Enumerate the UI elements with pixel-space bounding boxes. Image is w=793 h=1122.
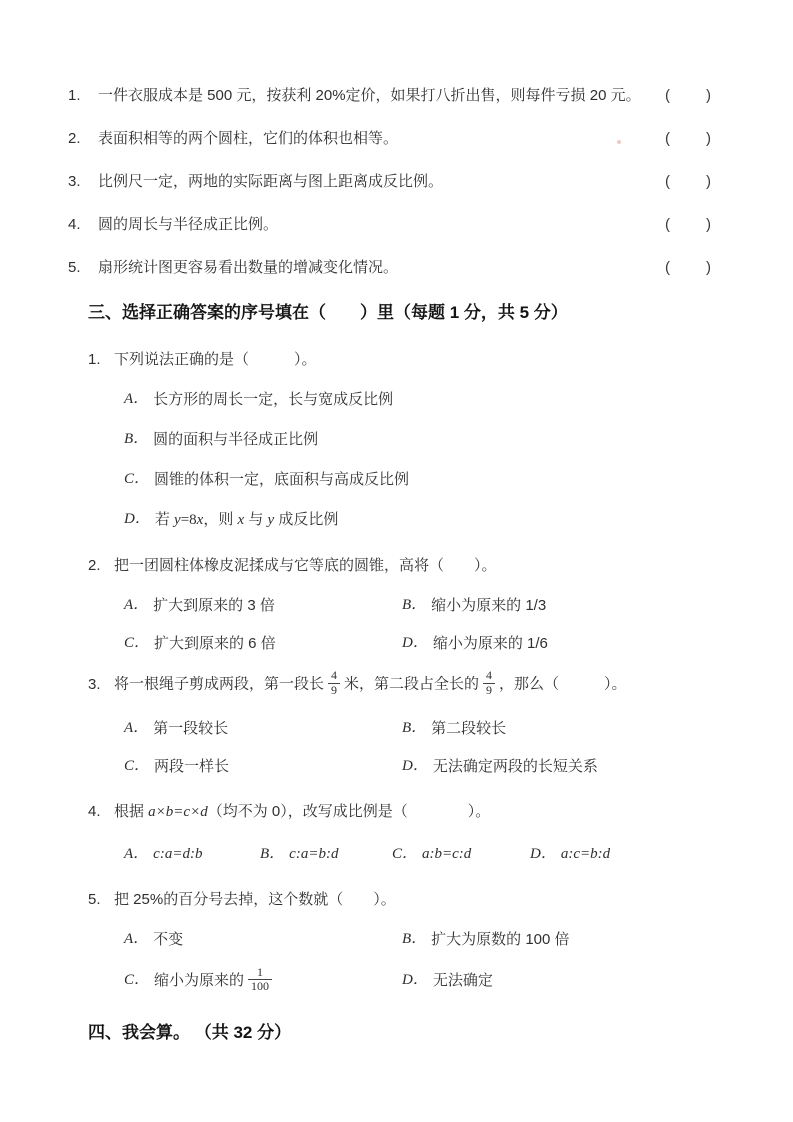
question-number: 1. (88, 349, 114, 370)
option-text: 扩大到原来的 3 倍 (153, 595, 275, 616)
item-number: 1. (68, 86, 98, 106)
option-text: 圆的面积与半径成正比例 (153, 429, 318, 450)
option-letter: B． (402, 929, 426, 950)
question-text: 把一团圆柱体橡皮泥揉成与它等底的圆锥，高将（ ）。 (114, 555, 711, 576)
option-text: 缩小为原来的 1/6 (433, 633, 548, 654)
option-text: a:c=b:d (561, 844, 610, 865)
option-text: 长方形的周长一定，长与宽成反比例 (153, 389, 393, 410)
question-text: 将一根绳子剪成两段，第一段长49米，第二段占全长的49，那么（ ）。 (114, 670, 711, 699)
question-text: 把 25%的百分号去掉，这个数就（ ）。 (114, 889, 711, 910)
item-text: 表面积相等的两个圆柱，它们的体积也相等。 (98, 129, 657, 149)
question-5-options: A． 不变 B． 扩大为原数的 100 倍 C． 缩小为原来的 1100 D． … (124, 929, 711, 996)
item-number: 4. (68, 215, 98, 235)
text-part: （均不为 0），改写成比例是（ ）。 (208, 803, 491, 820)
question-3-option-a: A． 第一段较长 (124, 718, 402, 739)
item-text: 比例尺一定，两地的实际距离与图上距离成反比例。 (98, 172, 657, 192)
math-expression: a×b=c×d (148, 804, 208, 820)
text-part: 将一根绳子剪成两段，第一段长 (114, 675, 324, 692)
item-number: 5. (68, 258, 98, 278)
question-1-option-b: B． 圆的面积与半径成正比例 (124, 429, 711, 450)
text-part: 米，第二段占全长的 (344, 675, 479, 692)
true-false-item-3: 3. 比例尺一定，两地的实际距离与图上距离成反比例。 () (68, 172, 711, 192)
paren-close: ) (706, 129, 711, 149)
option-text: 缩小为原来的 1/3 (431, 595, 546, 616)
option-letter: B． (402, 595, 426, 616)
question-1: 1. 下列说法正确的是（ ）。 (88, 349, 711, 370)
question-4-option-a: A． c:a=d:b (124, 844, 260, 865)
question-2-options: A． 扩大到原来的 3 倍 B． 缩小为原来的 1/3 C． 扩大到原来的 6 … (124, 595, 711, 654)
item-number: 2. (68, 129, 98, 149)
fraction-denominator: 100 (248, 979, 272, 994)
paren-open: ( (665, 86, 670, 106)
fraction-numerator: 4 (328, 669, 340, 683)
option-text: c:a=b:d (289, 844, 338, 865)
option-letter: A． (124, 844, 148, 865)
question-2-option-c: C． 扩大到原来的 6 倍 (124, 633, 402, 654)
question-5: 5. 把 25%的百分号去掉，这个数就（ ）。 (88, 889, 711, 910)
true-false-item-2: 2. 表面积相等的两个圆柱，它们的体积也相等。 () (68, 129, 711, 149)
option-letter: B． (402, 718, 426, 739)
question-3-options: A． 第一段较长 B． 第二段较长 C． 两段一样长 D． 无法确定两段的长短关… (124, 718, 711, 777)
item-text: 圆的周长与半径成正比例。 (98, 215, 657, 235)
answer-blank: () (665, 172, 711, 192)
option-text: 第一段较长 (153, 718, 228, 739)
text-part: ，那么（ ）。 (499, 675, 627, 692)
paren-close: ) (706, 215, 711, 235)
question-4: 4. 根据 a×b=c×d（均不为 0），改写成比例是（ ）。 (88, 801, 711, 823)
question-3-option-b: B． 第二段较长 (402, 718, 711, 739)
fraction-one-hundredth: 1100 (248, 966, 272, 995)
question-4-option-c: C． a:b=c:d (392, 844, 530, 865)
exam-content: 1. 一件衣服成本是 500 元，按获利 20%定价，如果打八折出售，则每件亏损… (68, 86, 711, 1045)
question-2-option-b: B． 缩小为原来的 1/3 (402, 595, 711, 616)
math-equals-8: =8 (181, 512, 197, 528)
option-text: c:a=d:b (153, 844, 202, 865)
paren-close: ) (706, 258, 711, 278)
fraction-numerator: 1 (254, 966, 266, 980)
option-letter: D． (402, 633, 428, 654)
question-3-option-d: D． 无法确定两段的长短关系 (402, 756, 711, 777)
question-2: 2. 把一团圆柱体橡皮泥揉成与它等底的圆锥，高将（ ）。 (88, 555, 711, 576)
text-part: 根据 (114, 803, 148, 820)
question-4-option-b: B． c:a=b:d (260, 844, 392, 865)
text-part: ，则 (203, 511, 237, 528)
question-number: 4. (88, 801, 114, 823)
question-5-option-b: B． 扩大为原数的 100 倍 (402, 929, 711, 950)
fraction-denominator: 9 (483, 683, 495, 698)
option-text: a:b=c:d (422, 844, 471, 865)
option-letter: D． (530, 844, 556, 865)
question-4-option-d: D． a:c=b:d (530, 844, 711, 865)
true-false-item-5: 5. 扇形统计图更容易看出数量的增减变化情况。 () (68, 258, 711, 278)
option-text: 缩小为原来的 (154, 970, 244, 991)
question-3: 3. 将一根绳子剪成两段，第一段长49米，第二段占全长的49，那么（ ）。 (88, 670, 711, 699)
option-letter: A． (124, 929, 148, 950)
item-text: 一件衣服成本是 500 元，按获利 20%定价，如果打八折出售，则每件亏损 20… (98, 86, 657, 106)
option-text: 无法确定两段的长短关系 (433, 756, 598, 777)
fraction-four-ninths: 49 (328, 669, 340, 698)
item-number: 3. (68, 172, 98, 192)
item-text: 扇形统计图更容易看出数量的增减变化情况。 (98, 258, 657, 278)
question-text: 根据 a×b=c×d（均不为 0），改写成比例是（ ）。 (114, 801, 711, 823)
option-text: 扩大为原数的 100 倍 (431, 929, 569, 950)
math-var-y: y (174, 512, 181, 528)
option-letter: C． (124, 970, 149, 991)
question-1-option-d: D． 若 y=8x，则 x 与 y 成反比例 (124, 509, 711, 531)
option-letter: C． (124, 469, 149, 490)
question-2-option-d: D． 缩小为原来的 1/6 (402, 633, 711, 654)
question-5-option-d: D． 无法确定 (402, 970, 711, 991)
option-letter: A． (124, 389, 148, 410)
option-letter: D． (402, 756, 428, 777)
question-5-option-c: C． 缩小为原来的 1100 (124, 967, 402, 996)
question-2-option-a: A． 扩大到原来的 3 倍 (124, 595, 402, 616)
option-letter: B． (260, 844, 284, 865)
question-5-option-a: A． 不变 (124, 929, 402, 950)
answer-blank: () (665, 129, 711, 149)
option-text: 第二段较长 (431, 718, 506, 739)
option-letter: A． (124, 595, 148, 616)
option-letter: B． (124, 429, 148, 450)
paren-close: ) (706, 172, 711, 192)
option-letter: C． (124, 633, 149, 654)
question-text: 下列说法正确的是（ ）。 (114, 349, 711, 370)
true-false-item-4: 4. 圆的周长与半径成正比例。 () (68, 215, 711, 235)
section-title-multiple-choice: 三、选择正确答案的序号填在（ ）里（每题 1 分，共 5 分） (88, 301, 711, 325)
question-1-option-c: C． 圆锥的体积一定，底面积与高成反比例 (124, 469, 711, 490)
section-title-calculation: 四、我会算。 （共 32 分） (88, 1021, 711, 1045)
question-1-option-a: A． 长方形的周长一定，长与宽成反比例 (124, 389, 711, 410)
option-text: 若 y=8x，则 x 与 y 成反比例 (155, 509, 339, 531)
question-4-options: A． c:a=d:b B． c:a=b:d C． a:b=c:d D． a:c=… (124, 844, 711, 865)
fraction-four-ninths: 49 (483, 669, 495, 698)
option-text: 不变 (153, 929, 183, 950)
answer-blank: () (665, 86, 711, 106)
paren-open: ( (665, 129, 670, 149)
question-3-option-c: C． 两段一样长 (124, 756, 402, 777)
question-number: 5. (88, 889, 114, 910)
paren-open: ( (665, 172, 670, 192)
option-text: 扩大到原来的 6 倍 (154, 633, 276, 654)
option-letter: D． (124, 509, 150, 531)
option-letter: A． (124, 718, 148, 739)
question-number: 2. (88, 555, 114, 576)
option-text: 无法确定 (433, 970, 493, 991)
text-part: 与 (244, 511, 267, 528)
question-number: 3. (88, 674, 114, 695)
paren-open: ( (665, 258, 670, 278)
option-letter: D． (402, 970, 428, 991)
option-text: 两段一样长 (154, 756, 229, 777)
paren-open: ( (665, 215, 670, 235)
option-letter: C． (124, 756, 149, 777)
fraction-numerator: 4 (483, 669, 495, 683)
true-false-item-1: 1. 一件衣服成本是 500 元，按获利 20%定价，如果打八折出售，则每件亏损… (68, 86, 711, 106)
option-text: 圆锥的体积一定，底面积与高成反比例 (154, 469, 409, 490)
answer-blank: () (665, 258, 711, 278)
fraction-denominator: 9 (328, 683, 340, 698)
text-part: 若 (155, 511, 174, 528)
answer-blank: () (665, 215, 711, 235)
paren-close: ) (706, 86, 711, 106)
exam-page: 1. 一件衣服成本是 500 元，按获利 20%定价，如果打八折出售，则每件亏损… (0, 0, 793, 1122)
text-part: 成反比例 (274, 511, 338, 528)
option-letter: C． (392, 844, 417, 865)
